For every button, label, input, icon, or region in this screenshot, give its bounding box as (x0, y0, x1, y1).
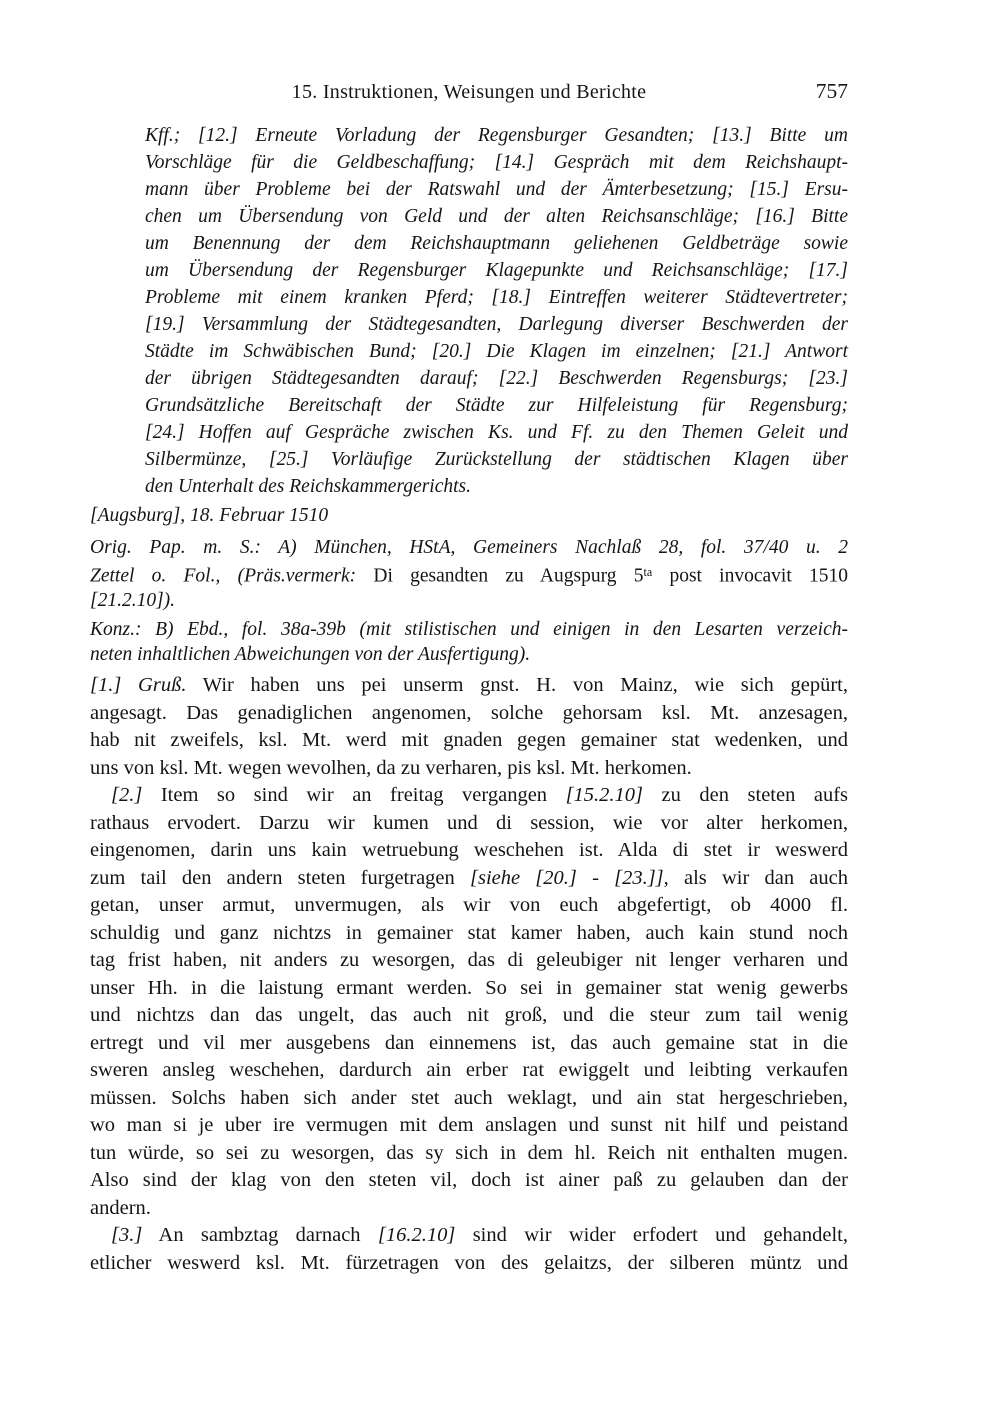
text-line: [19.] Versammlung der Städtegesandten, D… (145, 311, 848, 338)
text-run: zu den steten aufs (643, 784, 848, 806)
block-source-a: Orig. Pap. m. S.: A) München, HStA, Geme… (90, 535, 848, 613)
text-run: [3.] (111, 1224, 142, 1246)
text-line: schuldig und ganz nichtzs in gemainer st… (90, 920, 848, 948)
text-line: chen um Übersendung von Geld und der alt… (145, 203, 848, 230)
text-run: und nichtzs dan das ungelt, das auch nit… (90, 1004, 848, 1026)
text-run: post invocavit 1510 (652, 565, 848, 586)
text-blocks: Kff.; [12.] Erneute Vorladung der Regens… (90, 122, 848, 1277)
text-run: [2.] (111, 784, 142, 806)
text-run: Probleme mit einem kranken Pferd; [18.] … (145, 287, 848, 308)
block-paragraph-1: [1.] Gruß. Wir haben uns pei unserm gnst… (90, 672, 848, 782)
text-run: Orig. Pap. m. S.: A) München, HStA, Geme… (90, 537, 848, 558)
text-run: zum tail den andern steten furgetragen (90, 867, 470, 889)
text-run: [Augsburg], 18. Februar 1510 (90, 505, 328, 526)
text-run: [16.2.10] (378, 1224, 455, 1246)
text-run: uns von ksl. Mt. wegen wevolhen, da zu v… (90, 757, 692, 779)
text-run: [24.] Hoffen auf Gespräche zwischen Ks. … (145, 422, 848, 443)
text-line: der übrigen Städtegesandten darauf; [22.… (145, 365, 848, 392)
text-line: mann über Probleme bei der Ratswahl und … (145, 176, 848, 203)
text-line: Grundsätzliche Bereitschaft der Städte z… (145, 392, 848, 419)
text-line: [24.] Hoffen auf Gespräche zwischen Ks. … (145, 419, 848, 446)
text-run: Konz.: B) Ebd., fol. 38a-39b (mit stilis… (90, 619, 848, 640)
text-run: Kff.; [12.] Erneute Vorladung der Regens… (145, 125, 848, 146)
text-line: Städte im Schwäbischen Bund; [20.] Die K… (145, 338, 848, 365)
text-run: den Unterhalt des Reichskammergerichts. (145, 476, 471, 497)
text-run: hab nit zweifels, ksl. Mt. werd mit gnad… (90, 729, 848, 751)
text-line: wo man si je uber ire vermugen mit dem a… (90, 1112, 848, 1140)
text-run: etlicher weswerd ksl. Mt. fürzetragen vo… (90, 1252, 848, 1274)
text-run: tun würde, so sei zu wesorgen, das sy si… (90, 1142, 848, 1164)
running-header: 15. Instruktionen, Weisungen und Bericht… (90, 80, 848, 104)
text-run: [19.] Versammlung der Städtegesandten, D… (145, 314, 848, 335)
text-run: Silbermünze, [25.] Vorläufige Zurückstel… (145, 449, 848, 470)
text-line: neten inhaltlichen Abweichungen von der … (90, 642, 848, 667)
text-line: Orig. Pap. m. S.: A) München, HStA, Geme… (90, 535, 848, 560)
block-paragraph-2: [2.] Item so sind wir an freitag vergang… (90, 782, 848, 1222)
text-run: neten inhaltlichen Abweichungen von der … (90, 644, 530, 665)
text-run: sweren ansleg weschehen, dardurch ain er… (90, 1059, 848, 1081)
page-content: 15. Instruktionen, Weisungen und Bericht… (90, 0, 848, 1277)
text-line: Probleme mit einem kranken Pferd; [18.] … (145, 284, 848, 311)
text-line: uns von ksl. Mt. wegen wevolhen, da zu v… (90, 755, 848, 783)
text-run: schuldig und ganz nichtzs in gemainer st… (90, 922, 848, 944)
text-run: tag frist haben, nit anders zu wesorgen,… (90, 949, 848, 971)
block-source-b: Konz.: B) Ebd., fol. 38a-39b (mit stilis… (90, 617, 848, 667)
text-line: Kff.; [12.] Erneute Vorladung der Regens… (145, 122, 848, 149)
text-run: wo man si je uber ire vermugen mit dem a… (90, 1114, 848, 1136)
text-run: An sambztag darnach (142, 1224, 378, 1246)
text-line: Also sind der klag von den steten vil, d… (90, 1167, 848, 1195)
running-title: 15. Instruktionen, Weisungen und Bericht… (90, 80, 848, 104)
text-run: Di gesandten zu Augspurg 5 (373, 565, 643, 586)
text-run: [1.] Gruß. (90, 674, 186, 696)
text-line: [21.2.10]). (90, 588, 848, 613)
text-line: [2.] Item so sind wir an freitag vergang… (90, 782, 848, 810)
book-page: 15. Instruktionen, Weisungen und Bericht… (0, 0, 1004, 1418)
text-line: Vorschläge für die Geldbeschaffung; [14.… (145, 149, 848, 176)
text-line: Silbermünze, [25.] Vorläufige Zurückstel… (145, 446, 848, 473)
text-run: unser Hh. in die laistung ermant werden.… (90, 977, 848, 999)
block-dateline: [Augsburg], 18. Februar 1510 (90, 503, 848, 528)
text-line: unser Hh. in die laistung ermant werden.… (90, 975, 848, 1003)
text-run: chen um Übersendung von Geld und der alt… (145, 206, 848, 227)
text-run: Vorschläge für die Geldbeschaffung; [14.… (145, 152, 848, 173)
text-run: , als wir dan auch (664, 867, 848, 889)
text-run: [21.2.10]). (90, 590, 175, 611)
text-line: [1.] Gruß. Wir haben uns pei unserm gnst… (90, 672, 848, 700)
text-line: um Übersendung der Regensburger Klagepun… (145, 257, 848, 284)
text-line: [Augsburg], 18. Februar 1510 (90, 503, 848, 528)
text-line: ertregt und vil mer ausgebens dan einnem… (90, 1030, 848, 1058)
text-run: der übrigen Städtegesandten darauf; [22.… (145, 368, 848, 389)
text-line: zum tail den andern steten furgetragen [… (90, 865, 848, 893)
text-run: Grundsätzliche Bereitschaft der Städte z… (145, 395, 848, 416)
text-line: tun würde, so sei zu wesorgen, das sy si… (90, 1140, 848, 1168)
text-run: Also sind der klag von den steten vil, d… (90, 1169, 848, 1191)
text-line: getan, unser armut, unvermugen, als wir … (90, 892, 848, 920)
text-run: rathaus ervodert. Darzu wir kumen und di… (90, 812, 848, 834)
text-line: rathaus ervodert. Darzu wir kumen und di… (90, 810, 848, 838)
text-line: Zettel o. Fol., (Präs.vermerk: Di gesand… (90, 560, 848, 588)
text-run: mann über Probleme bei der Ratswahl und … (145, 179, 848, 200)
text-run: [siehe [20.] - [23.]] (470, 867, 664, 889)
page-number: 757 (816, 79, 848, 103)
text-run: ta (643, 565, 652, 579)
text-line: etlicher weswerd ksl. Mt. fürzetragen vo… (90, 1250, 848, 1278)
text-line: andern. (90, 1195, 848, 1223)
text-line: müssen. Solchs haben sich ander stet auc… (90, 1085, 848, 1113)
text-line: um Benennung der dem Reichshauptmann gel… (145, 230, 848, 257)
text-run: Städte im Schwäbischen Bund; [20.] Die K… (145, 341, 848, 362)
text-line: angesagt. Das genadiglichen angenomen, s… (90, 700, 848, 728)
text-line: [3.] An sambztag darnach [16.2.10] sind … (90, 1222, 848, 1250)
text-line: hab nit zweifels, ksl. Mt. werd mit gnad… (90, 727, 848, 755)
block-paragraph-3: [3.] An sambztag darnach [16.2.10] sind … (90, 1222, 848, 1277)
text-run: angesagt. Das genadiglichen angenomen, s… (90, 702, 848, 724)
text-run: [15.2.10] (566, 784, 643, 806)
text-run: getan, unser armut, unvermugen, als wir … (90, 894, 848, 916)
text-run: um Übersendung der Regensburger Klagepun… (145, 260, 848, 281)
text-run: Item so sind wir an freitag vergangen (142, 784, 565, 806)
text-run: sind wir wider erfodert und gehandelt, (455, 1224, 848, 1246)
text-run: um Benennung der dem Reichshauptmann gel… (145, 233, 848, 254)
block-summary: Kff.; [12.] Erneute Vorladung der Regens… (145, 122, 848, 500)
text-run: ertregt und vil mer ausgebens dan einnem… (90, 1032, 848, 1054)
text-run: Wir haben uns pei unserm gnst. H. von Ma… (186, 674, 848, 696)
text-line: tag frist haben, nit anders zu wesorgen,… (90, 947, 848, 975)
text-run: eingenomen, darin uns kain wetruebung we… (90, 839, 848, 861)
text-run: müssen. Solchs haben sich ander stet auc… (90, 1087, 848, 1109)
text-line: und nichtzs dan das ungelt, das auch nit… (90, 1002, 848, 1030)
text-line: eingenomen, darin uns kain wetruebung we… (90, 837, 848, 865)
text-run: andern. (90, 1197, 151, 1219)
text-line: den Unterhalt des Reichskammergerichts. (145, 473, 848, 500)
text-line: sweren ansleg weschehen, dardurch ain er… (90, 1057, 848, 1085)
text-line: Konz.: B) Ebd., fol. 38a-39b (mit stilis… (90, 617, 848, 642)
text-run: Zettel o. Fol., (Präs.vermerk: (90, 565, 373, 586)
